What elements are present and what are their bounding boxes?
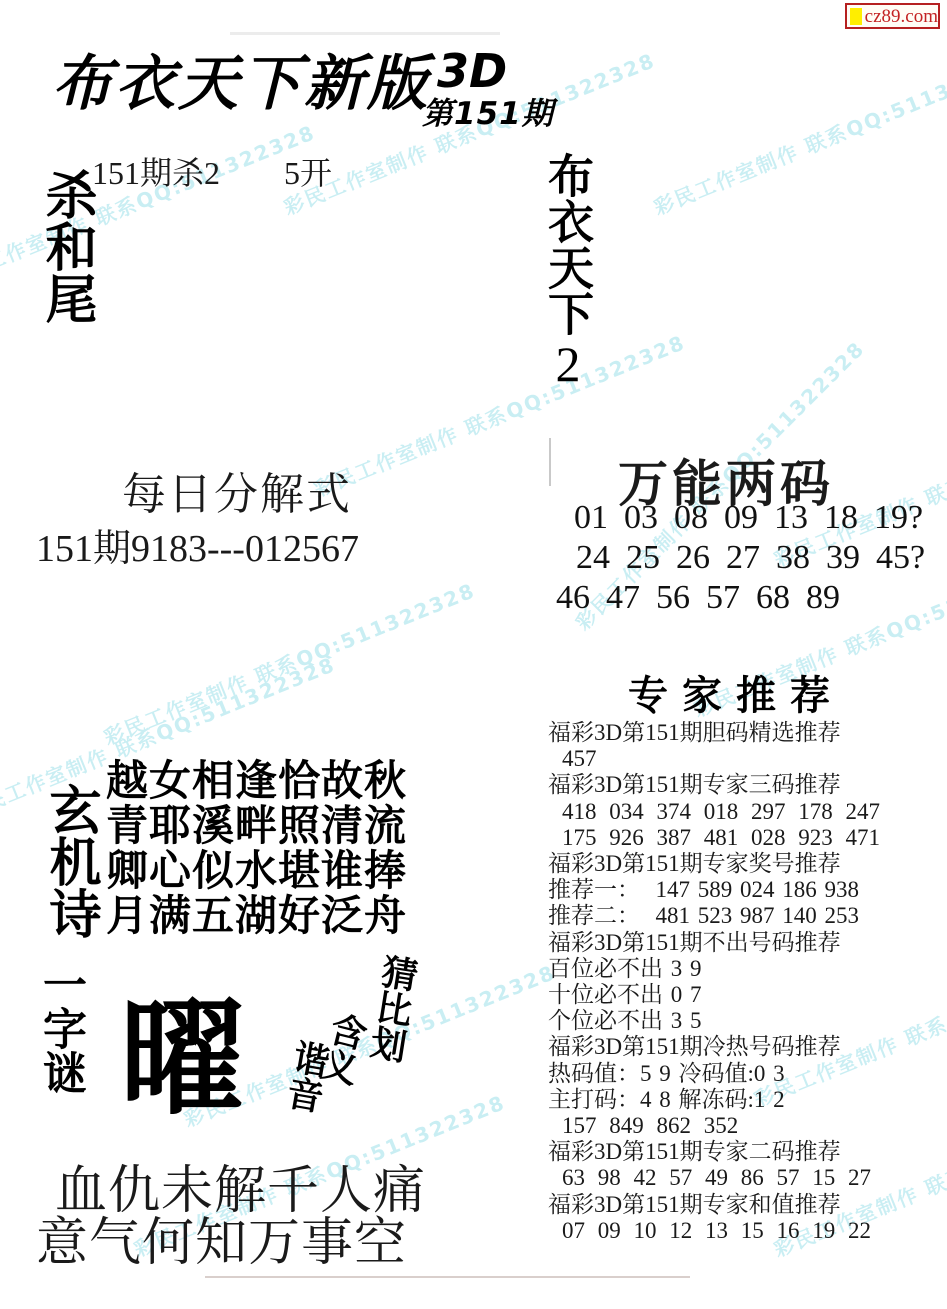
watermark-text: 彩民工作室制作 联系QQ:511322328 [649,44,947,220]
kill-summary-line: 151期杀2 5开 [92,148,332,194]
expert-line: 百位必不出 3 9 [548,956,947,982]
badge-site-name: cz89.com [865,7,938,26]
badge-square-icon [850,8,862,25]
expert-line: 457 [548,746,947,772]
two-code-value: 18 [824,498,858,538]
expert-recommendation-list: 福彩3D第151期胆码精选推荐457福彩3D第151期专家三码推荐418 034… [548,720,947,1244]
two-code-value: 26 [676,538,710,578]
expert-line: 推荐二： 481 523 987 140 253 [548,903,947,929]
poem-line: 卿心似水堪谁捧 [106,848,407,893]
two-code-value: 56 [656,578,690,618]
top-divider [230,32,500,35]
poem-line: 青耶溪畔照清流 [106,803,407,848]
expert-line: 主打码：4 8 解冻码:1 2 [548,1087,947,1113]
mystery-poem-label: 玄机诗 [40,783,100,939]
two-code-value: 39 [826,538,860,578]
two-codes-row: 464756576889 [556,578,926,618]
expert-line: 418 034 374 018 297 178 247 [548,799,947,825]
two-code-value: 45? [876,538,925,578]
expert-line: 十位必不出 0 7 [548,982,947,1008]
two-codes-row: 01030809131819? [556,498,926,538]
expert-line: 63 98 42 57 49 86 57 15 27 [548,1165,947,1191]
expert-line: 157 849 862 352 [548,1113,947,1139]
universal-two-codes-grid: 01030809131819?24252627383945?4647565768… [556,498,926,618]
two-codes-row: 24252627383945? [556,538,926,578]
mystery-poem-lines: 越女相逢恰故秋青耶溪畔照清流卿心似水堪谁捧月满五湖好泛舟 [106,758,407,938]
two-code-value: 57 [706,578,740,618]
two-code-value: 01 [574,498,608,538]
expert-line: 个位必不出 3 5 [548,1008,947,1034]
expert-recommendation-title: 专家推荐 [628,664,844,721]
expert-line: 热码值：5 9 冷码值:0 3 [548,1061,947,1087]
expert-line: 福彩3D第151期专家奖号推荐 [548,851,947,877]
char-riddle-character: 曜 [120,995,245,1125]
two-code-value: 19? [874,498,923,538]
daily-decomposition-title: 每日分解式 [122,458,352,522]
issue-number: 第151期 [422,88,554,133]
expert-line: 福彩3D第151期胆码精选推荐 [548,720,947,746]
char-riddle-hint-homophone: 谐音 [280,1037,331,1115]
char-riddle-label: 一字谜 [36,962,84,1094]
daily-decomposition-formula: 151期9183---012567 [36,517,359,572]
two-code-value: 27 [726,538,760,578]
expert-line: 福彩3D第151期专家二码推荐 [548,1139,947,1165]
kill-and-tail-label: 杀和尾 [33,168,99,324]
brand-number: 2 [540,336,596,392]
two-code-value: 25 [626,538,660,578]
expert-line: 07 09 10 12 13 15 16 19 22 [548,1218,947,1244]
watermark-text: 彩民工作室制作 联系QQ:511322328 [99,574,479,750]
two-code-value: 03 [624,498,658,538]
brand-vertical: 布衣天下2 [541,152,594,392]
brand-name: 布衣天下 [541,152,595,336]
poem-line: 越女相逢恰故秋 [106,758,407,803]
two-code-value: 09 [724,498,758,538]
expert-line: 福彩3D第151期不出号码推荐 [548,930,947,956]
expert-line: 福彩3D第151期专家和值推荐 [548,1192,947,1218]
two-code-value: 38 [776,538,810,578]
two-code-value: 46 [556,578,590,618]
expert-line: 福彩3D第151期冷热号码推荐 [548,1034,947,1060]
bottom-poem-line-2: 意气何知万事空 [36,1200,407,1275]
char-riddle-hint-strokes: 猜比划 [364,952,419,1065]
expert-line: 175 926 387 481 028 923 471 [548,825,947,851]
two-code-value: 08 [674,498,708,538]
two-code-value: 24 [576,538,610,578]
poem-line: 月满五湖好泛舟 [106,893,407,938]
site-badge-link[interactable]: cz89.com [845,3,940,29]
expert-line: 推荐一： 147 589 024 186 938 [548,877,947,903]
scan-artifact-line [549,438,551,486]
expert-line: 福彩3D第151期专家三码推荐 [548,772,947,798]
two-code-value: 89 [806,578,840,618]
bottom-divider [205,1276,690,1278]
two-code-value: 47 [606,578,640,618]
two-code-value: 13 [774,498,808,538]
page-title: 布衣天下新版 [52,36,430,122]
two-code-value: 68 [756,578,790,618]
